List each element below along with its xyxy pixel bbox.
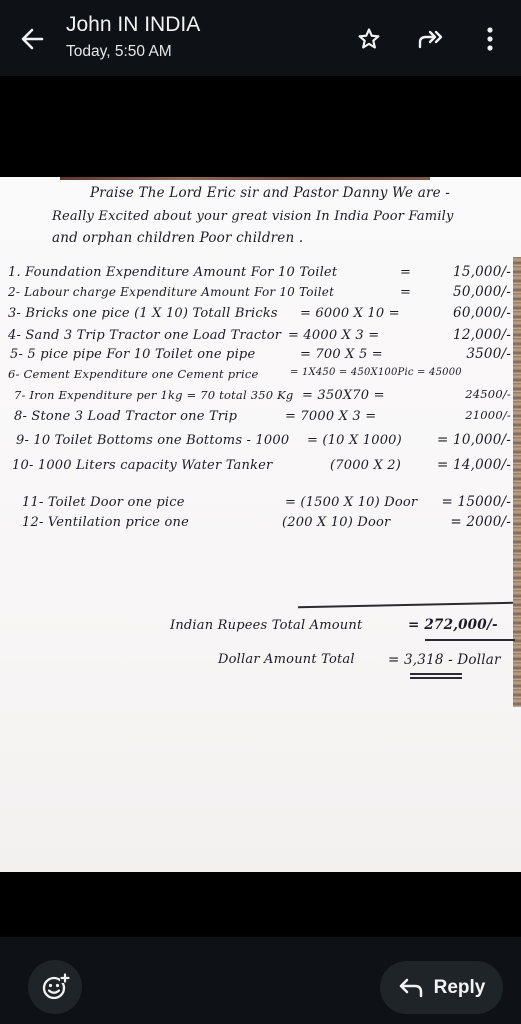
expense-item-amount: 3500/- xyxy=(466,346,511,362)
expense-item-calc: = xyxy=(400,285,411,300)
total-rule xyxy=(298,602,513,608)
expense-item-amount: = 2000/- xyxy=(450,514,511,530)
sender-name: John IN INDIA xyxy=(66,12,200,38)
expense-item-text: 9- 10 Toilet Bottoms one Bottoms - 1000 xyxy=(16,433,289,448)
attached-letter-image[interactable]: Praise The Lord Eric sir and Pastor Dann… xyxy=(0,177,521,872)
add-reaction-button[interactable] xyxy=(28,960,82,1014)
expense-item-amount: 50,000/- xyxy=(453,284,511,300)
expense-item-calc: = (10 X 1000) xyxy=(307,433,402,448)
expense-item-text: 11- Toilet Door one pice xyxy=(22,495,185,510)
total-underline xyxy=(410,677,462,679)
expense-item-text: 7- Iron Expenditure per 1kg = 70 total 3… xyxy=(14,388,293,402)
expense-item-text: 1. Foundation Expenditure Amount For 10 … xyxy=(8,265,337,280)
more-vertical-icon xyxy=(485,26,495,52)
total-usd-value: = 3,318 - Dollar xyxy=(388,652,501,668)
reply-label: Reply xyxy=(434,977,486,999)
forward-all-button[interactable] xyxy=(416,24,446,54)
sender-info: John IN INDIA Today, 5:50 AM xyxy=(66,12,200,62)
expense-item-calc: = 700 X 5 = xyxy=(300,347,383,362)
expense-item-amount: = 10,000/- xyxy=(437,432,511,448)
expense-item-text: 2- Labour charge Expenditure Amount For … xyxy=(8,285,334,299)
expense-item-amount: 24500/- xyxy=(465,387,511,401)
expense-item-calc: = 350X70 = xyxy=(302,388,385,403)
total-underline xyxy=(410,673,462,675)
expense-item-text: 12- Ventilation price one xyxy=(22,515,189,530)
expense-item-text: 10- 1000 Liters capacity Water Tanker xyxy=(12,458,272,473)
expense-item-calc: (200 X 10) Door xyxy=(282,515,390,530)
paper-edge xyxy=(60,177,430,180)
expense-item-amount: 60,000/- xyxy=(453,305,511,321)
expense-item-text: 6- Cement Expenditure one Cement price xyxy=(8,367,259,381)
expense-item-calc: = 7000 X 3 = xyxy=(285,409,376,424)
total-rule xyxy=(425,639,515,641)
star-outline-icon xyxy=(356,26,382,52)
expense-item-calc: (7000 X 2) xyxy=(330,458,401,473)
letter-intro-line: Praise The Lord Eric sir and Pastor Dann… xyxy=(90,185,450,201)
expense-item-text: 8- Stone 3 Load Tractor one Trip xyxy=(14,409,237,424)
letter-intro-line: and orphan children Poor children . xyxy=(52,230,303,246)
expense-item-amount: = 15000/- xyxy=(442,494,511,510)
total-usd-label: Dollar Amount Total xyxy=(218,652,355,667)
expense-item-calc: = 6000 X 10 = xyxy=(300,306,400,321)
expense-item-amount: 21000/- xyxy=(465,408,511,422)
expense-item-text: 3- Bricks one pice (1 X 10) Totall Brick… xyxy=(8,306,278,321)
expense-item-calc: = (1500 X 10) Door xyxy=(285,495,417,510)
expense-item-amount: 15,000/- xyxy=(453,264,511,280)
expense-item-calc: = 1X450 = 450X100Pic = 45000 xyxy=(290,367,462,378)
reply-arrow-icon xyxy=(398,977,424,999)
letter-intro-line: Really Excited about your great vision I… xyxy=(52,209,454,224)
total-inr-value: = 272,000/- xyxy=(408,617,498,633)
expense-item-text: 5- 5 pice pipe For 10 Toilet one pipe xyxy=(10,347,255,362)
add-reaction-icon xyxy=(40,972,70,1002)
top-app-bar: John IN INDIA Today, 5:50 AM xyxy=(0,0,521,76)
arrow-back-icon xyxy=(18,24,48,54)
back-button[interactable] xyxy=(18,24,48,54)
expense-item-amount: = 14,000/- xyxy=(437,457,511,473)
more-options-button[interactable] xyxy=(475,24,505,54)
bottom-action-bar: Reply xyxy=(0,937,521,1024)
expense-item-text: 4- Sand 3 Trip Tractor one Load Tractor xyxy=(8,328,281,343)
forward-all-icon xyxy=(416,26,446,52)
reply-button[interactable]: Reply xyxy=(380,961,503,1014)
message-timestamp: Today, 5:50 AM xyxy=(66,42,200,62)
expense-item-amount: 12,000/- xyxy=(453,327,511,343)
star-button[interactable] xyxy=(354,24,384,54)
total-inr-label: Indian Rupees Total Amount xyxy=(170,618,362,633)
expense-item-calc: = xyxy=(400,265,411,280)
expense-item-calc: = 4000 X 3 = xyxy=(288,328,379,343)
